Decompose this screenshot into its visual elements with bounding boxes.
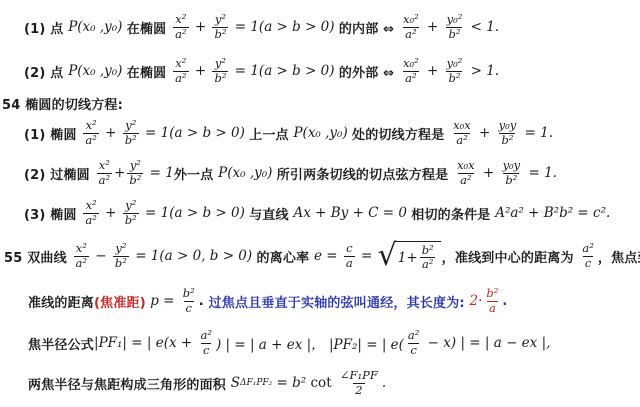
- point-inside-ellipse-line: (1) 点 P(x₀ ,y₀) 在椭圆 x²a² + y²b² = 1(a > …: [2, 5, 638, 49]
- fraction-numerator: y₀²: [445, 13, 465, 26]
- formula-lines: (1) 点 P(x₀ ,y₀) 在椭圆 x²a² + y²b² = 1(a > …: [2, 5, 638, 403]
- fraction-numerator: y₀²: [445, 57, 465, 70]
- fraction-numerator: y²: [213, 13, 228, 26]
- math-text: = 1(a > b > 0): [141, 205, 249, 221]
- math-text: cot: [311, 375, 336, 391]
- fraction-denominator: a²: [74, 256, 89, 270]
- fraction-numerator: y²: [128, 159, 143, 172]
- cjk-text: ，焦点到对应: [598, 247, 640, 266]
- fraction-numerator: b²: [420, 244, 436, 257]
- point-outside-ellipse-line: (2) 点 P(x₀ ,y₀) 在椭圆 x²a² + y²b² = 1(a > …: [2, 49, 638, 93]
- cjk-text: 54 椭圆的切线方程:: [2, 94, 123, 113]
- fraction: y²b²: [113, 242, 129, 269]
- fraction-denominator: a²: [173, 71, 188, 85]
- fraction-denominator: b²: [446, 71, 462, 85]
- fraction: x²a²: [173, 13, 188, 40]
- radicand: 1+b²a²: [395, 241, 441, 271]
- cjk-text: 过焦点且垂直于实轴的弦叫通经，其长度为:: [209, 292, 470, 311]
- math-text: +: [101, 125, 121, 141]
- math-text: S: [231, 375, 240, 391]
- fraction-denominator: a²: [403, 27, 418, 41]
- cjk-text: 的离心率: [256, 247, 314, 266]
- cjk-text: 相切的条件是: [411, 204, 495, 223]
- fraction: b²a: [484, 287, 500, 314]
- fraction-numerator: y₀y: [501, 159, 523, 172]
- math-text: = 1.: [520, 125, 553, 141]
- fraction-denominator: a²: [83, 133, 98, 147]
- math-text: = 1(a > 0, b > 0): [131, 248, 257, 264]
- math-text: > 1.: [466, 63, 499, 79]
- fraction: y²b²: [123, 199, 139, 226]
- subscript: ΔF₁PF₂: [240, 379, 272, 388]
- fraction-numerator: x₀²: [401, 57, 421, 70]
- fraction-numerator: x²: [173, 13, 188, 26]
- fraction: y²b²: [123, 119, 139, 146]
- section-54-heading: 54 椭圆的切线方程:: [2, 93, 638, 113]
- tangency-condition-line: (3) 椭圆 x²a² + y²b² = 1(a > b > 0) 与直线 Ax…: [2, 193, 638, 233]
- fraction: a²c: [580, 242, 595, 269]
- cjk-text: ，准线到中心的距离为: [442, 247, 579, 266]
- math-text: e =: [314, 248, 342, 264]
- fraction-denominator: b²: [503, 173, 519, 187]
- cjk-text: .: [199, 294, 209, 309]
- fraction-numerator: x²: [173, 57, 188, 70]
- fraction: y₀yb²: [497, 119, 519, 146]
- math-text: +: [423, 63, 443, 79]
- fraction: y₀²b²: [445, 13, 465, 40]
- math-text: = 1.: [524, 165, 557, 181]
- math-text: .: [382, 375, 386, 391]
- fraction-numerator: x²: [84, 199, 99, 212]
- fraction-numerator: x₀²: [401, 13, 421, 26]
- math-text: P(x₀ ,y₀): [68, 63, 127, 79]
- math-text: = 1(a > b > 0): [230, 19, 338, 35]
- cjk-text: 在椭圆: [127, 18, 171, 37]
- fraction-denominator: c: [184, 301, 194, 315]
- fraction-denominator: a²: [403, 71, 418, 85]
- focal-directrix-distance-line: 准线的距离(焦准距) p = b²c. 过焦点且垂直于实轴的弦叫通经，其长度为:…: [2, 279, 638, 323]
- sqrt-radical: √1+b²a²: [378, 241, 441, 271]
- math-text: 1+: [398, 250, 418, 266]
- fraction: y₀²b²: [445, 57, 465, 84]
- math-text: p =: [146, 293, 179, 309]
- fraction-denominator: b²: [127, 173, 143, 187]
- focal-triangle-area-line: 两焦半径与焦距构成三角形的面积 SΔF₁PF₂ = b² cot ∠F₁PF2.: [2, 363, 638, 403]
- cjk-text: 所引两条切线的切点弦方程是: [277, 164, 453, 183]
- math-text: P(x₀ ,y₀): [68, 19, 127, 35]
- math-text: +: [423, 19, 443, 35]
- focal-radius-formula-line: 焦半径公式|PF₁| = | e(x + a²c) | = | a + ex |…: [2, 323, 638, 363]
- math-text: P(x₀ ,y₀): [218, 165, 277, 181]
- cjk-text: (1) 点: [24, 18, 68, 37]
- math-text: = 1(a > b > 0): [141, 125, 249, 141]
- math-text: = 1(a > b > 0): [230, 63, 338, 79]
- fraction-denominator: b²: [499, 133, 515, 147]
- math-text: +: [101, 205, 121, 221]
- cjk-text: 上一点: [249, 124, 293, 143]
- fraction-denominator: a²: [420, 257, 435, 271]
- fraction-numerator: a²: [580, 242, 595, 255]
- cjk-text: .: [502, 294, 507, 309]
- fraction-denominator: a²: [458, 173, 473, 187]
- fraction-numerator: y²: [113, 242, 128, 255]
- fraction: x₀²a²: [401, 13, 421, 40]
- cjk-text: 处的切线方程是: [352, 124, 449, 143]
- math-text: = 1: [145, 165, 173, 181]
- cjk-text: 与直线: [249, 204, 293, 223]
- fraction-numerator: c: [344, 242, 354, 255]
- fraction-numerator: x₀x: [455, 159, 477, 172]
- fraction-numerator: y₀y: [497, 119, 519, 132]
- chord-of-contact-line: (2) 过椭圆 x²a²+y²b² = 1外一点 P(x₀ ,y₀) 所引两条切…: [2, 153, 638, 193]
- fraction: y²b²: [212, 57, 228, 84]
- cjk-text: 的内部 ⇔: [339, 18, 399, 37]
- fraction: x₀xa²: [455, 159, 477, 186]
- fraction: x²a²: [97, 159, 112, 186]
- fraction-denominator: 2: [353, 383, 364, 397]
- math-text: − x) | = | a − ex |,: [423, 335, 550, 351]
- fraction: a²c: [406, 329, 421, 356]
- math-text: +: [475, 125, 495, 141]
- fraction: x₀xa²: [451, 119, 473, 146]
- math-text: +: [191, 63, 211, 79]
- cjk-text: (2) 点: [24, 62, 68, 81]
- fraction: y²b²: [127, 159, 143, 186]
- fraction-numerator: x²: [74, 242, 89, 255]
- cjk-text: 外一点: [174, 164, 218, 183]
- tangent-at-point-line: (1) 椭圆 x²a² + y²b² = 1(a > b > 0) 上一点 P(…: [2, 113, 638, 153]
- math-text: |PF₁| = | e(x +: [94, 335, 196, 351]
- cjk-text: (焦准距): [94, 292, 146, 311]
- math-text: ) | = | a + ex |， |PF₂| = | e(: [216, 333, 404, 353]
- math-text: −: [91, 248, 111, 264]
- fraction-denominator: a²: [83, 213, 98, 227]
- fraction-denominator: a: [344, 256, 355, 270]
- fraction-numerator: a²: [406, 329, 421, 342]
- fraction: x₀²a²: [401, 57, 421, 84]
- fraction-numerator: y²: [213, 57, 228, 70]
- cjk-text: 在椭圆: [127, 62, 171, 81]
- cjk-text: (2) 过椭圆: [24, 164, 95, 183]
- cjk-text: 焦半径公式: [28, 334, 94, 353]
- fraction-numerator: a²: [198, 329, 213, 342]
- cjk-text: 准线的距离: [28, 292, 94, 311]
- fraction-denominator: a²: [97, 173, 112, 187]
- cjk-text: 两焦半径与焦距构成三角形的面积: [28, 374, 231, 393]
- fraction: x²a²: [83, 199, 98, 226]
- fraction-numerator: ∠F₁PF: [338, 369, 380, 382]
- fraction-denominator: b²: [113, 256, 129, 270]
- fraction-denominator: a: [487, 301, 498, 315]
- fraction-denominator: b²: [212, 27, 228, 41]
- fraction-denominator: b²: [446, 27, 462, 41]
- fraction: x²a²: [83, 119, 98, 146]
- fraction-denominator: b²: [212, 71, 228, 85]
- hyperbola-eccentricity-line: 55 双曲线 x²a² − y²b² = 1(a > 0, b > 0) 的离心…: [2, 233, 638, 279]
- math-text: +: [114, 165, 125, 181]
- fraction: b²c: [181, 287, 197, 314]
- cjk-text: 的外部 ⇔: [339, 62, 399, 81]
- fraction-denominator: c: [583, 256, 593, 270]
- fraction-numerator: x²: [97, 159, 112, 172]
- fraction-denominator: a²: [173, 27, 188, 41]
- fraction-denominator: c: [201, 343, 211, 357]
- fraction: ca: [344, 242, 355, 269]
- fraction-denominator: b²: [123, 133, 139, 147]
- math-text: +: [479, 165, 499, 181]
- cjk-text: 55 双曲线: [4, 247, 72, 266]
- document-page: (1) 点 P(x₀ ,y₀) 在椭圆 x²a² + y²b² = 1(a > …: [0, 0, 640, 403]
- math-text: = b²: [272, 375, 310, 391]
- fraction-numerator: b²: [484, 287, 500, 300]
- fraction-numerator: y²: [123, 199, 138, 212]
- fraction-denominator: c: [408, 343, 418, 357]
- fraction: b²a²: [420, 244, 436, 271]
- math-text: A²a² + B²b² = c².: [495, 205, 610, 221]
- fraction: ∠F₁PF2: [338, 369, 380, 396]
- fraction: y₀yb²: [501, 159, 523, 186]
- math-text: P(x₀ ,y₀): [293, 125, 352, 141]
- fraction-numerator: b²: [181, 287, 197, 300]
- fraction: x²a²: [173, 57, 188, 84]
- fraction: a²c: [198, 329, 213, 356]
- fraction-numerator: x²: [84, 119, 99, 132]
- fraction-numerator: y²: [123, 119, 138, 132]
- fraction-denominator: b²: [123, 213, 139, 227]
- fraction-denominator: a²: [454, 133, 469, 147]
- math-text: +: [191, 19, 211, 35]
- fraction-numerator: x₀x: [451, 119, 473, 132]
- math-text: 2·: [470, 293, 483, 309]
- math-text: < 1.: [466, 19, 499, 35]
- math-text: Ax + By + C = 0: [293, 205, 411, 221]
- fraction: y²b²: [212, 13, 228, 40]
- fraction: x²a²: [74, 242, 89, 269]
- cjk-text: (3) 椭圆: [24, 204, 81, 223]
- cjk-text: (1) 椭圆: [24, 124, 81, 143]
- math-text: =: [357, 248, 377, 264]
